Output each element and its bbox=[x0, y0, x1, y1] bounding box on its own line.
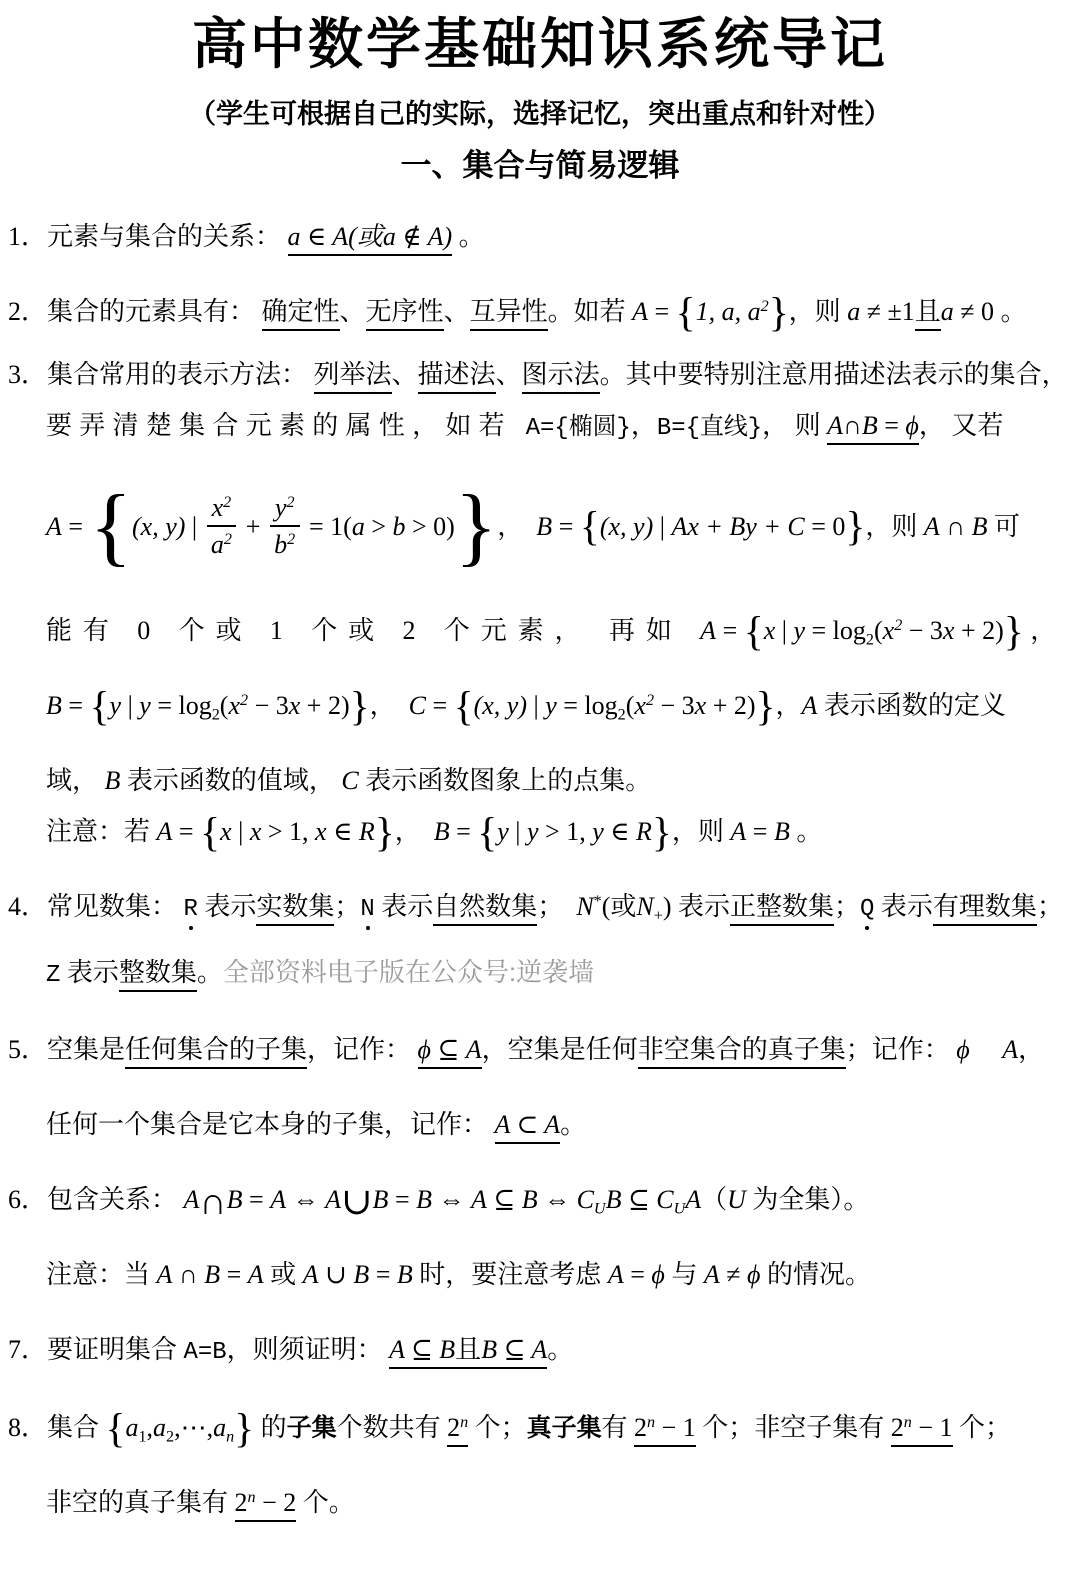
text-run: + bbox=[239, 509, 267, 544]
text-run: b bbox=[274, 530, 287, 559]
text-run: = bbox=[552, 509, 580, 544]
text-run: ， bbox=[1018, 1035, 1044, 1064]
text-run: (x, y) bbox=[600, 509, 653, 544]
text-run: x bbox=[883, 616, 895, 645]
text-run: 。 bbox=[452, 222, 485, 251]
text-run: 能有 0 个或 1 个或 2 个元素， 再如 bbox=[46, 616, 700, 645]
item-6-note: 注意：当 A ∩ B = A 或 A ∪ B = B 时，要注意考虑 A = ϕ… bbox=[8, 1257, 1072, 1292]
text-run: | bbox=[775, 616, 793, 645]
text-run: = bbox=[62, 691, 90, 720]
fraction-numerator: y2 bbox=[270, 492, 300, 527]
text-run: U bbox=[594, 1201, 606, 1218]
text-run: 表示函数的值域， bbox=[120, 766, 341, 795]
text-run: 表示函数图象上的点集。 bbox=[359, 766, 652, 795]
item-8: 8．集合 {a1,a2,⋯,an} 的子集个数共有 2n 个；真子集有 2n −… bbox=[8, 1410, 1072, 1446]
text-run: 。如若 bbox=[548, 297, 633, 326]
text-run: { bbox=[744, 608, 764, 654]
text-run: x bbox=[764, 616, 776, 645]
text-run: 要弄清楚集合元素的属性，如若 bbox=[46, 411, 526, 440]
text-run: 子集 bbox=[287, 1414, 337, 1442]
text-run: Ax + By + C bbox=[671, 509, 804, 544]
text-run: A bbox=[184, 1185, 200, 1214]
text-run: { bbox=[200, 809, 220, 855]
text-run: y bbox=[592, 817, 604, 846]
text-run: Z bbox=[46, 962, 60, 989]
text-run: ⊆ bbox=[487, 1185, 522, 1214]
text-run: = log bbox=[151, 691, 212, 720]
text-run: (或 bbox=[602, 892, 637, 921]
text-run: C bbox=[341, 766, 358, 795]
text-run: ， bbox=[1024, 616, 1057, 645]
text-run: ⊆ bbox=[621, 1185, 656, 1214]
text-run: + 2) bbox=[706, 691, 755, 720]
text-run: { bbox=[454, 683, 474, 729]
text-run: ϕ ⊆ A bbox=[418, 1035, 482, 1069]
text-run: B bbox=[204, 1260, 220, 1289]
text-run bbox=[970, 1035, 1003, 1064]
text-run: a bbox=[941, 297, 954, 326]
text-run: A bbox=[325, 1185, 341, 1214]
text-run: A bbox=[632, 297, 648, 326]
doc-subtitle: （学生可根据自己的实际，选择记忆，突出重点和针对性） bbox=[8, 96, 1072, 132]
text-run: a bbox=[213, 1413, 226, 1442]
text-run: | bbox=[509, 817, 527, 846]
text-run: | bbox=[232, 817, 250, 846]
text-run: 2 bbox=[618, 707, 626, 724]
text-run: 、 bbox=[444, 297, 470, 326]
text-run: n bbox=[904, 1414, 912, 1431]
text-run: 个数共有 bbox=[337, 1413, 448, 1442]
text-run: 8．集合 bbox=[8, 1413, 106, 1442]
text-run: B bbox=[416, 1185, 432, 1214]
text-run: x bbox=[943, 616, 955, 645]
text-run: { bbox=[676, 288, 696, 334]
text-run: B bbox=[536, 509, 552, 544]
text-run: C bbox=[577, 1185, 594, 1214]
text-run: B bbox=[353, 1260, 369, 1289]
text-run: ，则 bbox=[672, 817, 731, 846]
text-run: A bbox=[700, 616, 716, 645]
text-run: 图示法 bbox=[522, 360, 600, 394]
text-run: − 1 bbox=[912, 1413, 953, 1442]
text-run: 为全集）。 bbox=[746, 1185, 870, 1214]
text-run: A={椭圆} bbox=[526, 415, 631, 442]
text-run: = log bbox=[805, 616, 866, 645]
text-run: ，记作： bbox=[307, 1035, 418, 1064]
text-run: ，则 bbox=[789, 297, 848, 326]
text-run: 2 bbox=[235, 1488, 248, 1517]
text-run: x bbox=[634, 691, 646, 720]
text-run: − 3 bbox=[654, 691, 695, 720]
text-run: + bbox=[654, 908, 663, 925]
text-run: 4．常见数集： bbox=[8, 892, 184, 921]
text-run: 。 bbox=[547, 1335, 573, 1364]
text-run: 表示 bbox=[60, 958, 119, 987]
text-run: = bbox=[172, 817, 200, 846]
text-run: A bbox=[270, 1185, 286, 1214]
text-run: > 1, bbox=[261, 817, 315, 846]
text-run: C bbox=[409, 691, 426, 720]
text-run: 。 bbox=[790, 817, 823, 846]
text-run: 注意：当 bbox=[46, 1260, 157, 1289]
text-run: 2 bbox=[891, 1413, 904, 1442]
item-1: 1．元素与集合的关系： a ∈ A(或a ∉ A) 。 bbox=[8, 219, 1072, 254]
text-run: 1 bbox=[138, 1428, 146, 1445]
item-3-note: 注意：若 A = {x | x > 1, x ∈ R}， B = {y | y … bbox=[8, 814, 1072, 849]
text-run: ，则 bbox=[865, 509, 924, 544]
text-run: − 3 bbox=[248, 691, 289, 720]
text-run: 非空集合的真子集 bbox=[638, 1035, 846, 1069]
item-5-line-2: 任何一个集合是它本身的子集，记作： A ⊂ A。 bbox=[8, 1107, 1072, 1142]
text-run: A bbox=[802, 691, 818, 720]
fraction: x2a2 bbox=[207, 492, 237, 560]
item-3-line-4: 能有 0 个或 1 个或 2 个元素， 再如 A = {x | y = log2… bbox=[8, 613, 1072, 648]
text-run: 2 bbox=[240, 692, 248, 709]
math-group: 2n − 2 bbox=[235, 1488, 297, 1522]
text-run: R bbox=[359, 817, 375, 846]
text-run: A bbox=[704, 1260, 720, 1289]
text-run: n bbox=[647, 1414, 655, 1431]
text-run: 。 bbox=[994, 297, 1027, 326]
text-run: 全部资料电子版在公众号:逆袭墙 bbox=[223, 957, 594, 987]
text-run: n bbox=[248, 1490, 256, 1507]
text-run: | bbox=[527, 691, 545, 720]
text-run: 表示 bbox=[198, 892, 257, 921]
text-run: | bbox=[121, 691, 139, 720]
item-3-line-1: 3．集合常用的表示方法： 列举法、描述法、图示法。其中要特别注意用描述法表示的集… bbox=[8, 357, 1072, 392]
text-run: = bbox=[220, 1260, 248, 1289]
section-heading: 一、集合与简易逻辑 bbox=[8, 145, 1072, 187]
text-run: 表示函数的定义 bbox=[817, 691, 1006, 720]
text-run: { bbox=[477, 809, 497, 855]
text-run: ⇔ bbox=[538, 1185, 577, 1214]
text-run: + 2) bbox=[954, 616, 1003, 645]
text-run: ∩ bbox=[843, 411, 862, 440]
text-run: ⇔ bbox=[286, 1185, 325, 1214]
text-run: | bbox=[185, 509, 203, 544]
text-run: B bbox=[46, 691, 62, 720]
text-run: ≠ ±1 bbox=[860, 297, 915, 326]
text-run: R bbox=[184, 896, 198, 923]
text-run: n bbox=[226, 1428, 234, 1445]
text-run: N bbox=[576, 892, 593, 921]
text-run: ， bbox=[497, 509, 536, 544]
math-group: 2n − 1 bbox=[634, 1413, 696, 1447]
text-run: } bbox=[350, 683, 370, 729]
text-run: 的 bbox=[254, 1413, 287, 1442]
text-run: U bbox=[727, 1185, 746, 1214]
text-run: A bbox=[157, 817, 173, 846]
text-run: 实数集 bbox=[256, 892, 334, 926]
text-run: ⇔ bbox=[432, 1185, 471, 1214]
text-run: > 1, bbox=[539, 817, 593, 846]
text-run: 互异性 bbox=[470, 297, 548, 331]
item-3-line-6: 域， B 表示函数的值域， C 表示函数图象上的点集。 bbox=[8, 763, 1072, 798]
text-run: 。其中要特别注意用描述法表示的集合， bbox=[600, 360, 1068, 389]
text-run: 7．要证明集合 bbox=[8, 1335, 184, 1364]
text-run: a bbox=[125, 1413, 138, 1442]
text-run: 整数集 bbox=[119, 958, 197, 992]
text-run: ( bbox=[874, 616, 883, 645]
text-run: ；记作： bbox=[846, 1035, 957, 1064]
text-run: A bbox=[46, 509, 62, 544]
text-run: ， bbox=[395, 817, 434, 846]
text-run: A bbox=[471, 1185, 487, 1214]
text-run: B={直线} bbox=[657, 415, 762, 442]
text-run: B bbox=[434, 817, 450, 846]
text-run: 的情况。 bbox=[761, 1260, 872, 1289]
text-run: ∈ bbox=[604, 817, 636, 846]
text-run: U bbox=[674, 1201, 686, 1218]
text-run: a bbox=[211, 530, 224, 559]
text-run: ， 则 bbox=[762, 411, 827, 440]
text-run: = 0 bbox=[805, 509, 846, 544]
text-run: ) 表示 bbox=[663, 892, 730, 921]
text-run: 自然数集 bbox=[433, 892, 537, 926]
item-5: 5．空集是任何集合的子集，记作： ϕ ⊆ A，空集是任何非空集合的真子集；记作：… bbox=[8, 1032, 1072, 1067]
text-run: ， bbox=[631, 411, 657, 440]
text-run: B bbox=[774, 817, 790, 846]
text-run: R bbox=[636, 817, 652, 846]
text-run: { bbox=[106, 1405, 126, 1451]
text-run: ∪ bbox=[341, 1181, 373, 1223]
text-run: 6．包含关系： bbox=[8, 1185, 184, 1214]
text-run: 2 bbox=[646, 692, 654, 709]
text-run: − 3 bbox=[902, 616, 943, 645]
text-run: B bbox=[373, 1185, 389, 1214]
text-run: 。 bbox=[560, 1110, 586, 1139]
text-run: ∈ bbox=[327, 817, 359, 846]
item-2: 2．集合的元素具有： 确定性、无序性、互异性。如若 A = {1, a, a2}… bbox=[8, 294, 1072, 329]
text-run: ϕ bbox=[905, 411, 918, 440]
text-run: 个；非空子集有 bbox=[696, 1413, 891, 1442]
item-8-line-2: 非空的真子集有 2n − 2 个。 bbox=[8, 1485, 1072, 1520]
item-3-line-2: 要弄清楚集合元素的属性，如若 A={椭圆}，B={直线}， 则 A∩B = ϕ，… bbox=[8, 408, 1072, 445]
item-6: 6．包含关系： A∩B = A ⇔ A∪B = B ⇔ A ⊆ B ⇔ CUB … bbox=[8, 1182, 1072, 1217]
text-run: 2 bbox=[447, 1413, 460, 1442]
item-4: 4．常见数集： R 表示实数集；N 表示自然数集； N*(或N+) 表示正整数集… bbox=[8, 889, 1072, 926]
item-4-line-2: Z 表示整数集。全部资料电子版在公众号:逆袭墙 bbox=[8, 955, 1072, 992]
text-run: 个； bbox=[953, 1413, 1012, 1442]
text-run: 描述法 bbox=[418, 360, 496, 394]
text-run: 列举法 bbox=[314, 360, 392, 394]
text-run: ϕ bbox=[747, 1260, 760, 1289]
document-page: 高中数学基础知识系统导记 （学生可根据自己的实际，选择记忆，突出重点和针对性） … bbox=[0, 0, 1080, 1584]
text-run: } bbox=[769, 288, 789, 334]
text-run: (x, y) bbox=[474, 691, 527, 720]
text-run: 可 bbox=[987, 509, 1020, 544]
text-run: 5．空集是 bbox=[8, 1035, 125, 1064]
text-run: (x, y) bbox=[132, 509, 185, 544]
text-run: ≠ 0 bbox=[954, 297, 994, 326]
text-run: = bbox=[243, 1185, 271, 1214]
text-run: 域， bbox=[46, 766, 105, 795]
text-run: ，空集是任何 bbox=[482, 1035, 638, 1064]
text-run: 2 bbox=[212, 707, 220, 724]
text-run: n bbox=[460, 1414, 468, 1431]
math-group: A∩B = ϕ bbox=[827, 411, 919, 445]
text-run: 、 bbox=[392, 360, 418, 389]
text-run: 2 bbox=[287, 531, 295, 548]
text-run: 任何集合的子集 bbox=[125, 1035, 307, 1069]
text-run: y bbox=[545, 691, 557, 720]
fraction-numerator: x2 bbox=[207, 492, 237, 527]
text-run: 且 bbox=[915, 297, 941, 331]
text-run: 2 bbox=[224, 531, 232, 548]
text-run: 。 bbox=[197, 958, 223, 987]
text-run: 1, a, a bbox=[696, 297, 761, 326]
item-3-formula: A = {(x, y) | x2a2 + y2b2 = 1(a > b > 0)… bbox=[8, 473, 1072, 579]
math-group: 2n bbox=[447, 1413, 468, 1447]
text-run: ； bbox=[834, 892, 860, 921]
text-run: A ⊆ B bbox=[389, 1335, 455, 1364]
text-run: = 1( bbox=[303, 509, 352, 544]
text-run: Q bbox=[860, 896, 874, 923]
text-run: ， bbox=[370, 691, 409, 720]
text-run: N bbox=[360, 896, 374, 923]
text-run: { bbox=[90, 683, 110, 729]
text-run: ， 又若 bbox=[919, 411, 1004, 440]
text-run: y bbox=[527, 817, 539, 846]
text-run: ； bbox=[537, 892, 576, 921]
text-run: } bbox=[375, 809, 395, 855]
text-run: y bbox=[497, 817, 509, 846]
text-run: x bbox=[228, 691, 240, 720]
text-run: = bbox=[426, 691, 454, 720]
math-group: 2n − 1 bbox=[891, 1413, 953, 1447]
text-run: 确定性 bbox=[262, 297, 340, 331]
text-run: B bbox=[105, 766, 121, 795]
text-run: y bbox=[110, 691, 122, 720]
item-7: 7．要证明集合 A=B，则须证明： A ⊆ B且B ⊆ A。 bbox=[8, 1332, 1072, 1369]
text-run: B bbox=[227, 1185, 243, 1214]
fraction: y2b2 bbox=[270, 492, 300, 560]
text-run: A bbox=[827, 411, 843, 440]
text-run: * bbox=[594, 894, 602, 911]
text-run: = bbox=[369, 1260, 397, 1289]
text-run: = bbox=[648, 297, 676, 326]
text-run: 无序性 bbox=[366, 297, 444, 331]
text-run: x bbox=[220, 817, 232, 846]
text-run: A bbox=[157, 1260, 173, 1289]
text-run: > bbox=[365, 509, 393, 544]
text-run: a bbox=[847, 297, 860, 326]
text-run: ； bbox=[1037, 892, 1063, 921]
item-3-line-5: B = {y | y = log2(x2 − 3x + 2)}， C = {(x… bbox=[8, 688, 1072, 723]
text-run: ，则须证明： bbox=[227, 1335, 390, 1364]
text-run: 且 bbox=[455, 1335, 481, 1364]
text-run: ,⋯, bbox=[174, 1413, 213, 1442]
text-run: − 2 bbox=[256, 1488, 297, 1517]
text-run: B bbox=[972, 509, 988, 544]
text-run: = bbox=[450, 817, 478, 846]
text-run: 有理数集 bbox=[933, 892, 1037, 926]
text-run: ； bbox=[334, 892, 360, 921]
text-run: ， bbox=[776, 691, 802, 720]
text-run: A=B bbox=[184, 1339, 227, 1366]
text-run: y bbox=[793, 616, 805, 645]
text-run: 2 bbox=[166, 1428, 174, 1445]
text-run: } bbox=[756, 683, 776, 729]
text-run: 2 bbox=[223, 494, 231, 511]
text-run: x bbox=[315, 817, 327, 846]
text-run: 2 bbox=[761, 298, 769, 315]
text-run: 2 bbox=[866, 632, 874, 649]
text-run: y bbox=[275, 493, 287, 522]
text-run: A bbox=[924, 509, 940, 544]
text-run: ∩ bbox=[172, 1260, 204, 1289]
text-run: 3．集合常用的表示方法： bbox=[8, 360, 314, 389]
text-run: A bbox=[685, 1185, 701, 1214]
text-run: y bbox=[139, 691, 151, 720]
text-run: B ⊆ A bbox=[481, 1335, 547, 1364]
text-run: | bbox=[653, 509, 671, 544]
text-run: N bbox=[636, 892, 653, 921]
text-run: C bbox=[656, 1185, 673, 1214]
math-group: A ⊆ B且B ⊆ A bbox=[389, 1335, 547, 1369]
text-run: A bbox=[303, 1260, 319, 1289]
text-run: ≠ bbox=[720, 1260, 747, 1289]
text-run: 真子集 bbox=[527, 1414, 602, 1442]
text-run: ϕ bbox=[956, 1035, 969, 1064]
text-run: b bbox=[393, 509, 406, 544]
text-run: ∩ bbox=[199, 1181, 226, 1223]
text-run: = bbox=[62, 509, 90, 544]
text-run: ϕ bbox=[651, 1260, 664, 1289]
text-run: a ∈ A(或a ∉ A) bbox=[288, 222, 453, 256]
text-run: 或 bbox=[264, 1260, 303, 1289]
text-run: x bbox=[212, 493, 224, 522]
text-run: = bbox=[624, 1260, 652, 1289]
text-run: 正整数集 bbox=[730, 892, 834, 926]
text-run: 1．元素与集合的关系： bbox=[8, 222, 288, 251]
text-run: − 1 bbox=[655, 1413, 696, 1442]
text-run: A bbox=[248, 1260, 264, 1289]
text-run: + 2) bbox=[300, 691, 349, 720]
doc-title: 高中数学基础知识系统导记 bbox=[8, 8, 1072, 82]
text-run: 2．集合的元素具有： bbox=[8, 297, 262, 326]
text-run: = bbox=[716, 616, 744, 645]
text-run: = log bbox=[557, 691, 618, 720]
text-run: B bbox=[606, 1185, 622, 1214]
text-run: 非空的真子集有 bbox=[46, 1488, 235, 1517]
text-run: 、 bbox=[496, 360, 522, 389]
text-run: x bbox=[695, 691, 707, 720]
fraction-denominator: a2 bbox=[211, 527, 232, 560]
text-run: （ bbox=[701, 1185, 727, 1214]
text-run: a bbox=[153, 1413, 166, 1442]
text-run: x bbox=[289, 691, 301, 720]
text-run: ∩ bbox=[940, 509, 972, 544]
text-run: 个； bbox=[468, 1413, 527, 1442]
text-run: 2 bbox=[634, 1413, 647, 1442]
text-run: x bbox=[250, 817, 262, 846]
text-run: > 0) bbox=[406, 509, 455, 544]
text-run: B bbox=[522, 1185, 538, 1214]
text-run: a bbox=[352, 509, 365, 544]
text-run: B bbox=[397, 1260, 413, 1289]
fraction-denominator: b2 bbox=[274, 527, 295, 560]
text-run: 时，要注意考虑 bbox=[413, 1260, 608, 1289]
text-run: 个。 bbox=[296, 1488, 355, 1517]
text-run: = bbox=[746, 817, 774, 846]
text-run: ∪ bbox=[319, 1260, 354, 1289]
text-run: } bbox=[234, 1405, 254, 1451]
text-run: } bbox=[652, 809, 672, 855]
text-run: = bbox=[878, 411, 906, 440]
text-run: 表示 bbox=[874, 892, 933, 921]
text-run: B bbox=[862, 411, 878, 440]
